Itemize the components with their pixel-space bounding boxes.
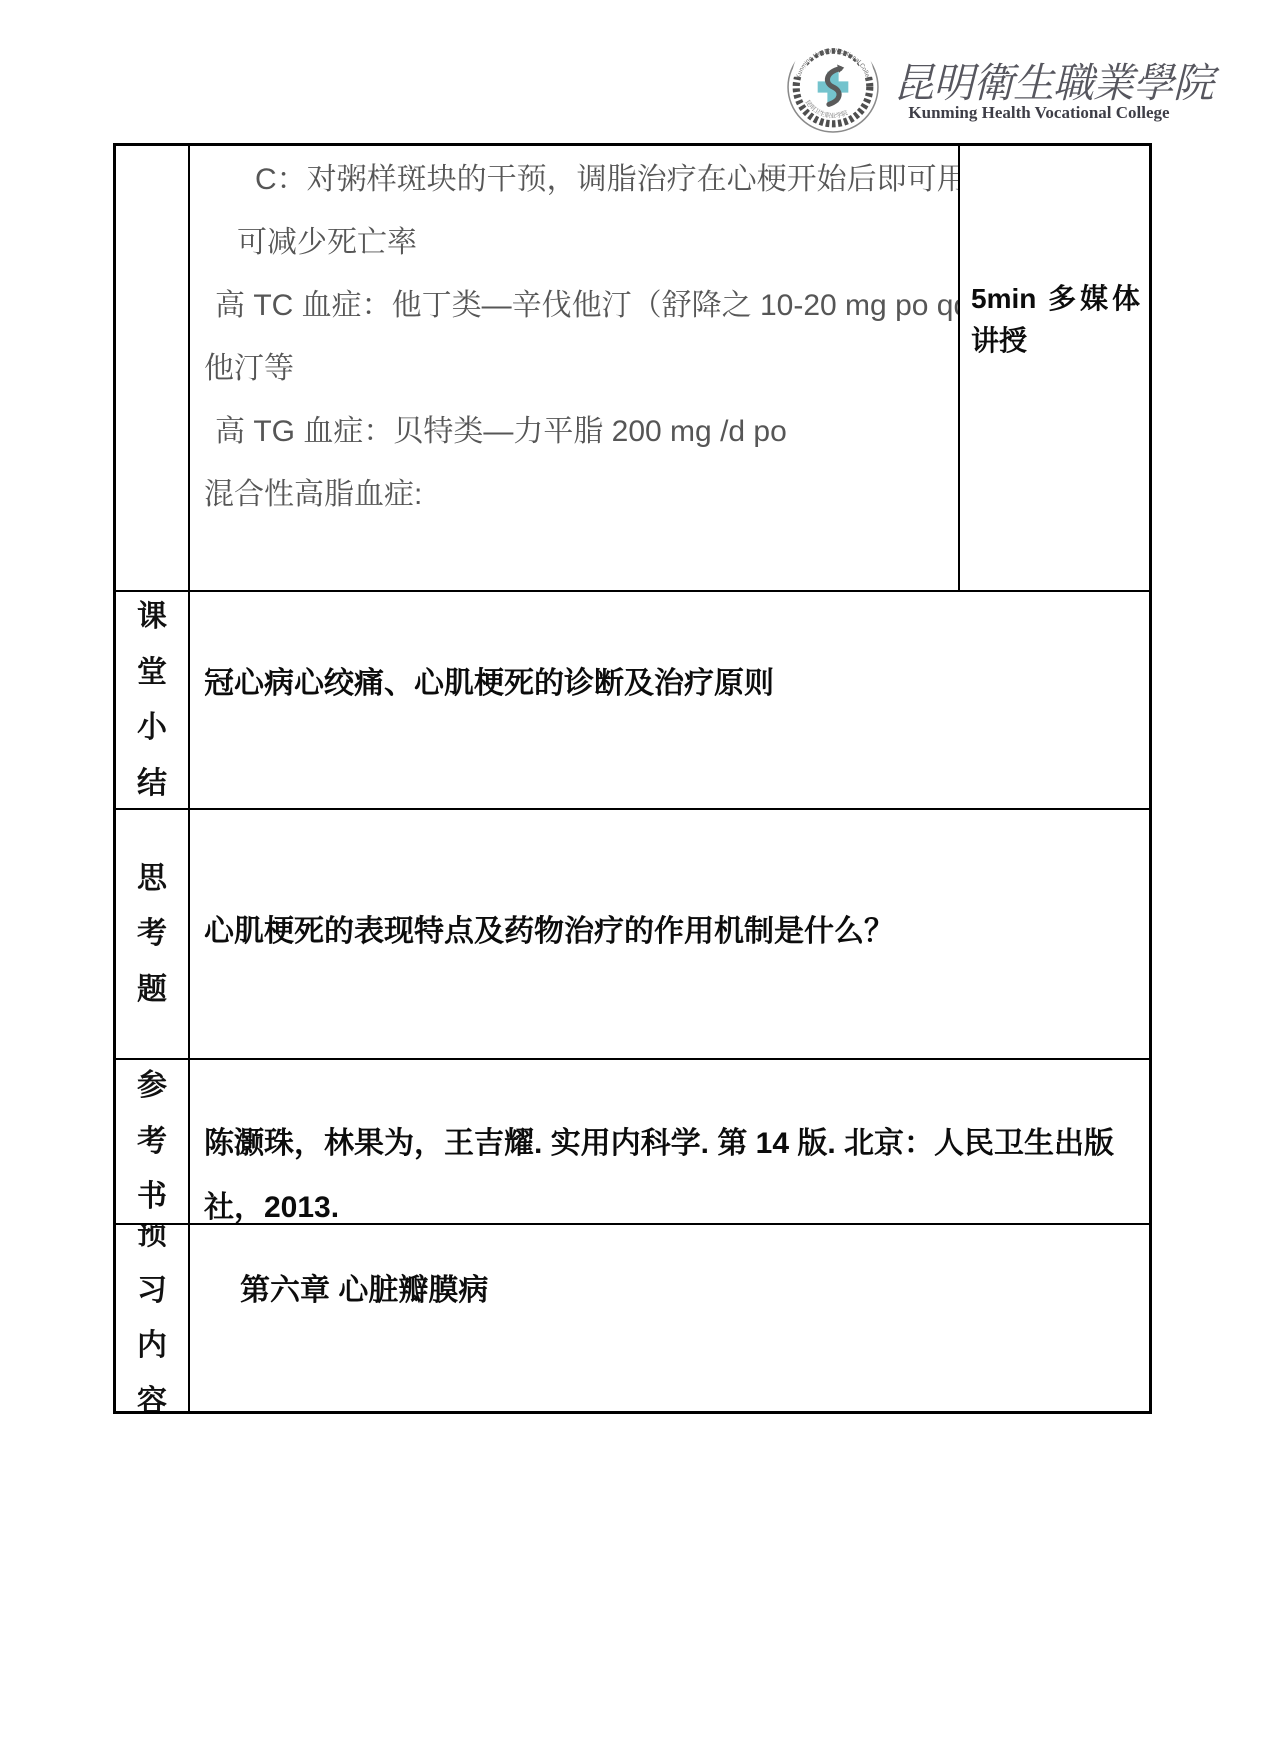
lecture-line: 他汀等	[204, 337, 952, 400]
row-label-preview: 预习内容	[116, 1225, 190, 1411]
document-page: Kunming Health Vocational College 昆明卫生职业…	[0, 0, 1271, 1763]
college-seal-icon: Kunming Health Vocational College 昆明卫生职业…	[786, 40, 880, 134]
teaching-method-cell: 5min 多媒体 讲授	[960, 146, 1149, 592]
lecture-line: 混合性高脂血症:	[204, 463, 952, 526]
college-name-calligraphy: 昆明衛生職業學院	[893, 50, 1193, 106]
empty-label-cell	[116, 146, 190, 592]
college-name-english: Kunming Health Vocational College	[888, 103, 1190, 123]
question-cell: 心肌梗死的表现特点及药物治疗的作用机制是什么？	[190, 810, 1149, 1060]
row-label-references: 参考书	[116, 1060, 190, 1225]
row-label-text: 参考书	[135, 1060, 170, 1225]
row-label-text: 预习内容	[135, 1225, 170, 1411]
page-header: Kunming Health Vocational College 昆明卫生职业…	[0, 0, 1271, 140]
class-summary-cell: 冠心病心绞痛、心肌梗死的诊断及治疗原则	[190, 592, 1149, 810]
lecture-line: C：对粥样斑块的干预，调脂治疗在心梗开始后即可用药，	[204, 148, 952, 211]
teaching-method-line: 讲授	[971, 320, 1140, 362]
lecture-content-cell: C：对粥样斑块的干预，调脂治疗在心梗开始后即可用药， 可减少死亡率 高 TC 血…	[190, 146, 960, 592]
lecture-line: 高 TG 血症：贝特类—力平脂 200 mg /d po	[204, 400, 952, 463]
reference-line: 陈灏珠，林果为，王吉耀. 实用内科学. 第 14 版. 北京：人民卫生出版社，2…	[204, 1112, 1149, 1225]
lesson-plan-table: C：对粥样斑块的干预，调脂治疗在心梗开始后即可用药， 可减少死亡率 高 TC 血…	[113, 143, 1152, 1414]
teaching-method-line: 5min 多媒体	[971, 278, 1140, 320]
row-label-text: 课堂小结	[135, 592, 170, 810]
row-label-text: 思考题	[135, 851, 170, 1018]
row-label-class-summary: 课堂小结	[116, 592, 190, 810]
lecture-line: 可减少死亡率	[204, 211, 952, 274]
row-label-question: 思考题	[116, 810, 190, 1060]
references-cell: 陈灏珠，林果为，王吉耀. 实用内科学. 第 14 版. 北京：人民卫生出版社，2…	[190, 1060, 1149, 1225]
preview-cell: 第六章 心脏瓣膜病	[190, 1225, 1149, 1411]
lecture-line: 高 TC 血症：他丁类—辛伐他汀（舒降之 10-20 mg po qd）、普伐	[204, 274, 952, 337]
